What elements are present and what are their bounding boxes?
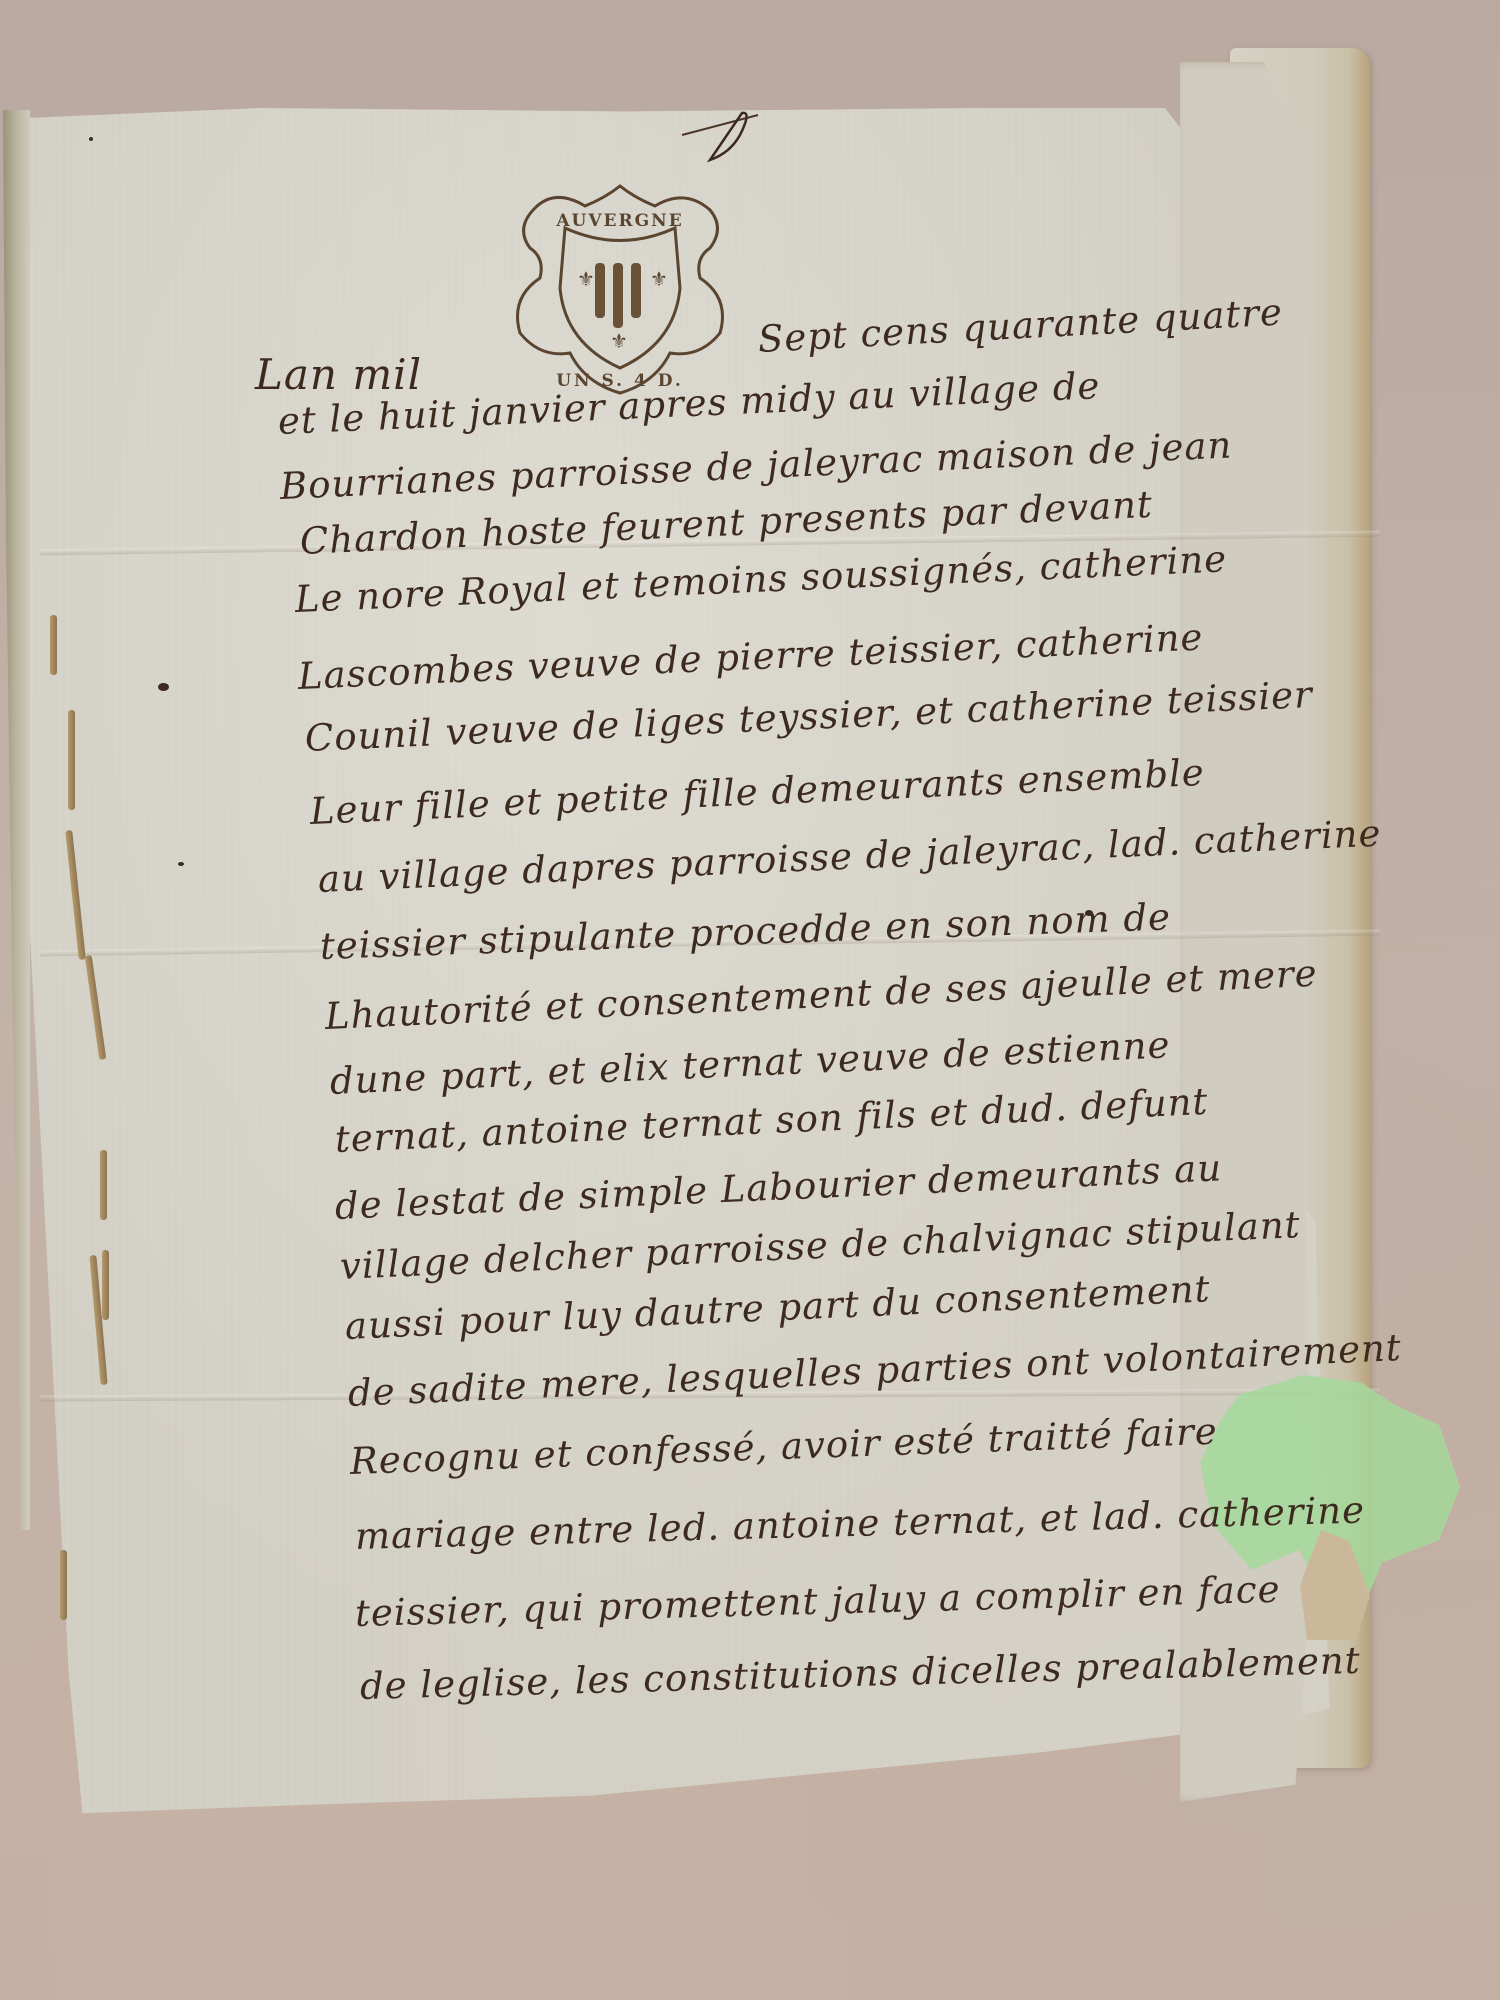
text-line: Lan mil (255, 350, 422, 399)
text-line: teissier, qui promettent jaluy a complir… (354, 1568, 1281, 1635)
text-line: Leur fille et petite fille demeurants en… (309, 751, 1206, 833)
text-line: Recognu et confessé, avoir esté traitté … (349, 1410, 1218, 1483)
ink-speck (158, 683, 169, 691)
text-line: mariage entre led. antoine ternat, et la… (354, 1489, 1365, 1558)
ink-speck (1085, 910, 1093, 916)
text-line: Sept cens quarante quatre (757, 291, 1284, 361)
ink-speck (89, 137, 93, 141)
ink-speck (178, 862, 184, 866)
manuscript-text: Lan mil Sept cens quarante quatre et le … (0, 0, 1500, 2000)
text-line: teissier stipulante procedde en son nom … (319, 895, 1171, 968)
text-line: de leglise, les constitutions dicelles p… (359, 1639, 1361, 1708)
